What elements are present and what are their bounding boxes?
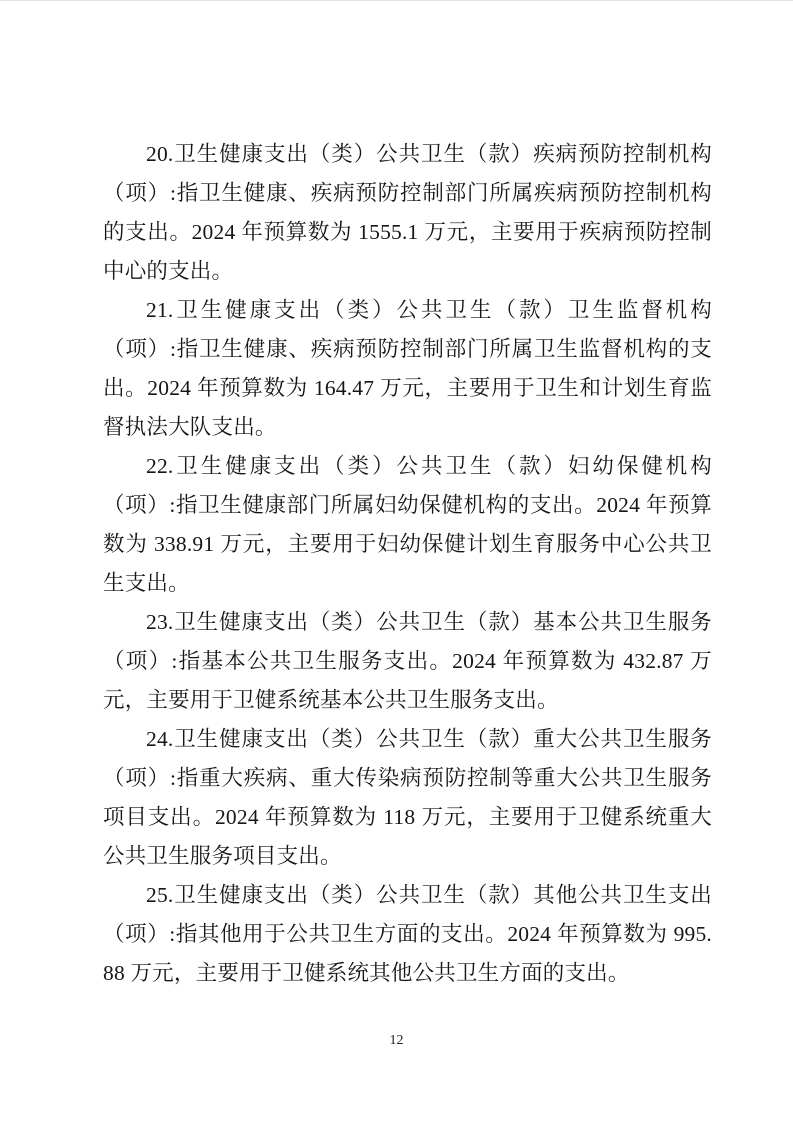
paragraph-item-20: 20.卫生健康支出（类）公共卫生（款）疾病预防控制机构（项）:指卫生健康、疾病预…	[103, 135, 712, 291]
page-number: 12	[0, 1033, 793, 1049]
body-text: 20.卫生健康支出（类）公共卫生（款）疾病预防控制机构（项）:指卫生健康、疾病预…	[103, 135, 712, 993]
paragraph-item-24: 24.卫生健康支出（类）公共卫生（款）重大公共卫生服务（项）:指重大疾病、重大传…	[103, 720, 712, 876]
document-page: 20.卫生健康支出（类）公共卫生（款）疾病预防控制机构（项）:指卫生健康、疾病预…	[0, 1, 793, 1122]
paragraph-item-22: 22.卫生健康支出（类）公共卫生（款）妇幼保健机构（项）:指卫生健康部门所属妇幼…	[103, 447, 712, 603]
paragraph-item-23: 23.卫生健康支出（类）公共卫生（款）基本公共卫生服务（项）:指基本公共卫生服务…	[103, 603, 712, 720]
paragraph-item-21: 21.卫生健康支出（类）公共卫生（款）卫生监督机构（项）:指卫生健康、疾病预防控…	[103, 291, 712, 447]
paragraph-item-25: 25.卫生健康支出（类）公共卫生（款）其他公共卫生支出（项）:指其他用于公共卫生…	[103, 876, 712, 993]
